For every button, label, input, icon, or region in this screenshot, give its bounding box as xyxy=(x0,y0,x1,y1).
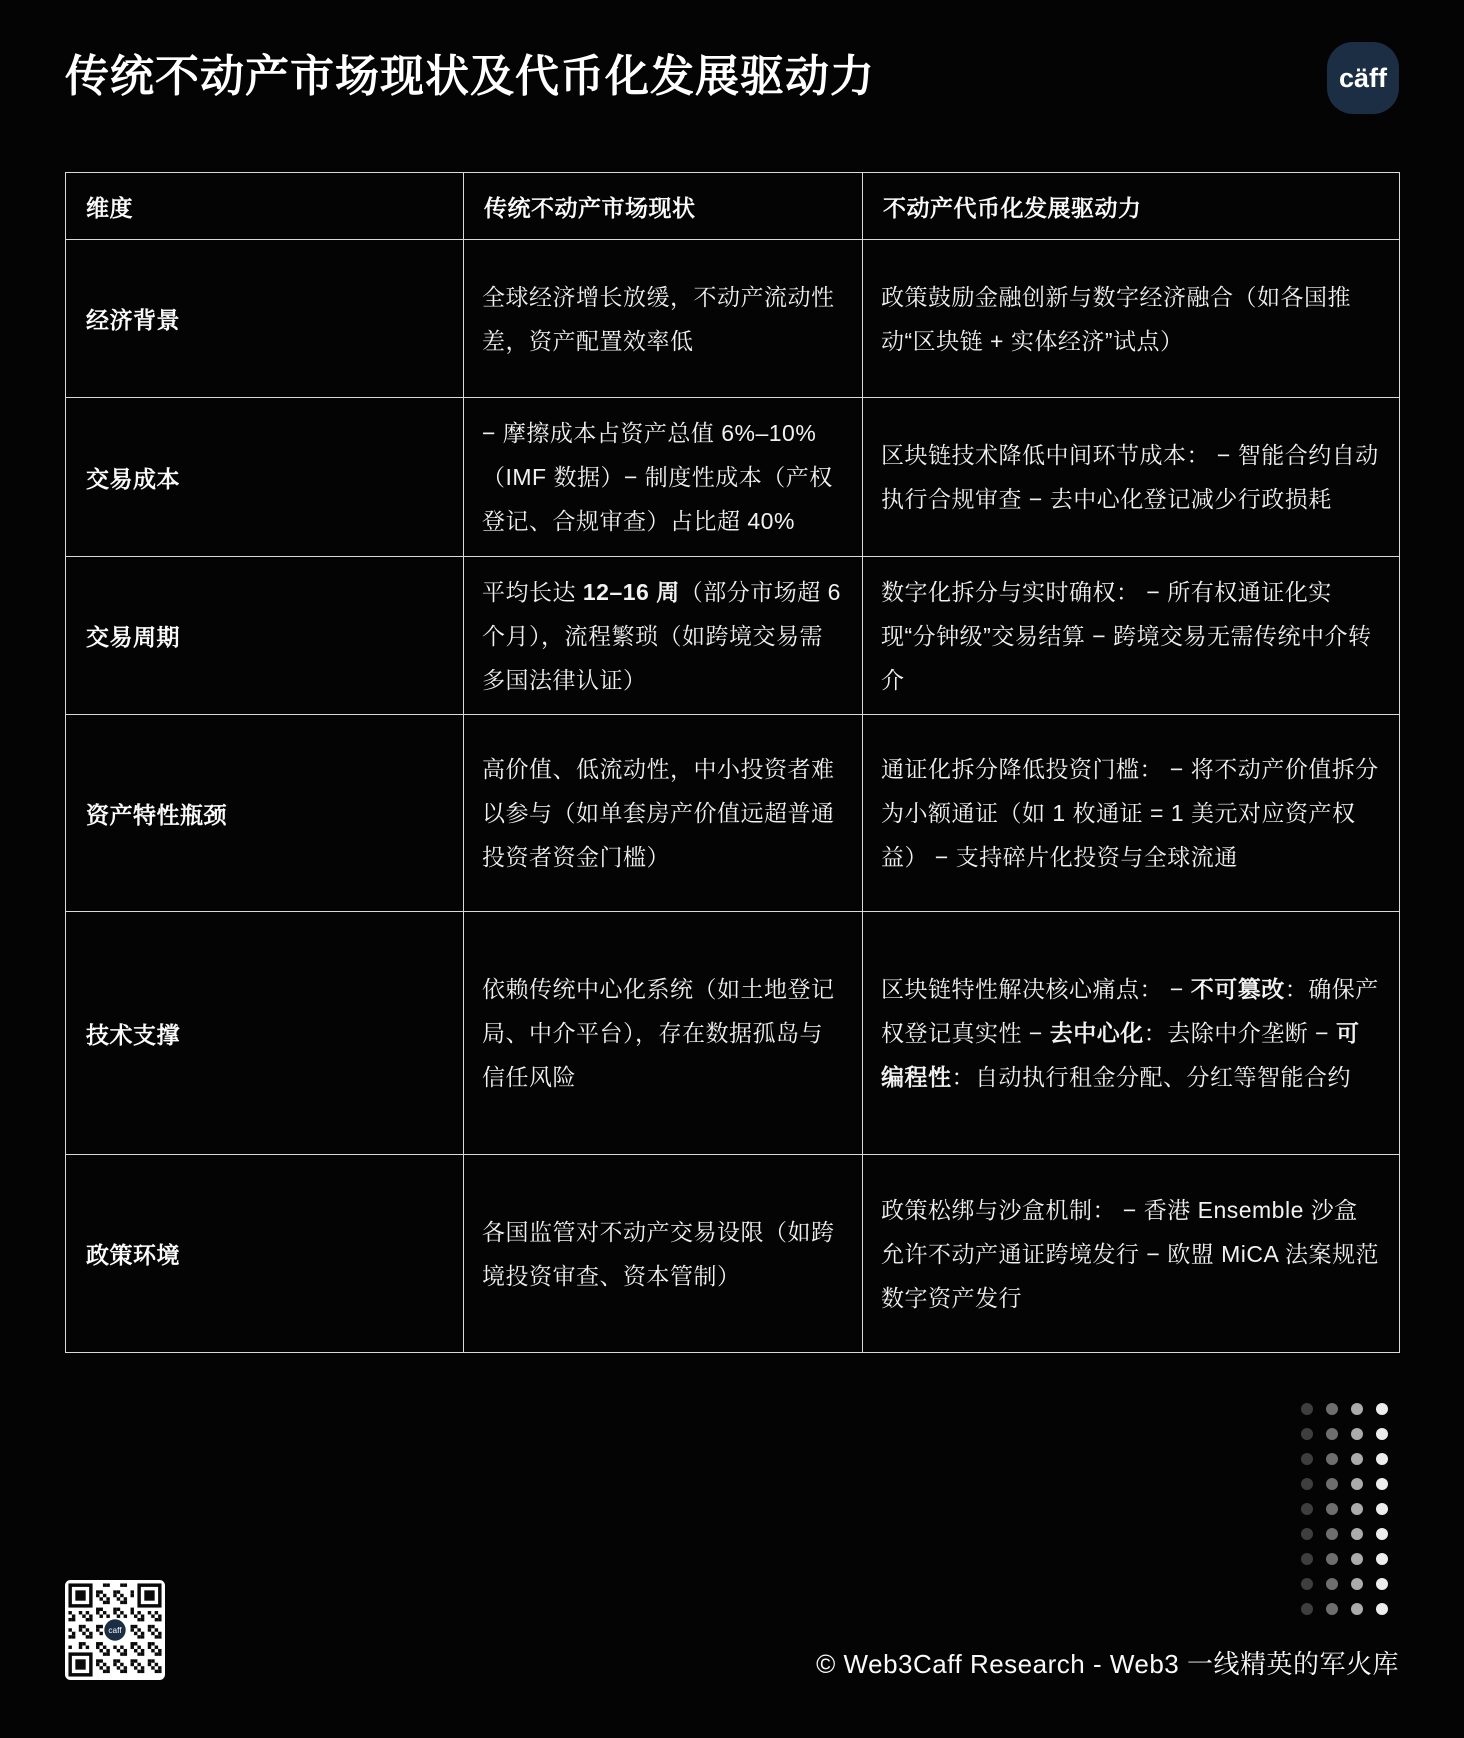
tokenization-driver-cell: 政策鼓励金融创新与数字经济融合（如各国推动“区块链 + 实体经济”试点） xyxy=(863,240,1400,398)
table-header-row: 维度 传统不动产市场现状 不动产代币化发展驱动力 xyxy=(66,173,1400,240)
dot xyxy=(1376,1403,1388,1415)
infographic-page: 传统不动产市场现状及代币化发展驱动力 cäff 维度 传统不动产市场现状 不动产… xyxy=(0,0,1464,1738)
dot xyxy=(1326,1503,1338,1515)
table-row: 政策环境各国监管对不动产交易设限（如跨境投资审查、资本管制）政策松绑与沙盒机制：… xyxy=(66,1155,1400,1353)
table-row: 交易周期平均长达 12–16 周（部分市场超 6 个月），流程繁琐（如跨境交易需… xyxy=(66,557,1400,715)
dot xyxy=(1376,1528,1388,1540)
tokenization-driver-cell: 通证化拆分降低投资门槛： − 将不动产价值拆分为小额通证（如 1 枚通证 = 1… xyxy=(863,715,1400,912)
tokenization-driver-cell: 政策松绑与沙盒机制： − 香港 Ensemble 沙盒允许不动产通证跨境发行 −… xyxy=(863,1155,1400,1353)
dot xyxy=(1351,1553,1363,1565)
traditional-market-cell: 各国监管对不动产交易设限（如跨境投资审查、资本管制） xyxy=(464,1155,863,1353)
row-dimension-label: 政策环境 xyxy=(66,1155,464,1353)
dot xyxy=(1326,1528,1338,1540)
dot xyxy=(1376,1453,1388,1465)
dot xyxy=(1351,1453,1363,1465)
table-row: 资产特性瓶颈高价值、低流动性，中小投资者难以参与（如单套房产价值远超普通投资者资… xyxy=(66,715,1400,912)
dot xyxy=(1351,1403,1363,1415)
table-row: 交易成本− 摩擦成本占资产总值 6%–10%（IMF 数据）− 制度性成本（产权… xyxy=(66,398,1400,557)
qr-code-image: caff xyxy=(65,1578,165,1682)
row-dimension-label: 技术支撑 xyxy=(66,912,464,1155)
traditional-market-cell: 高价值、低流动性，中小投资者难以参与（如单套房产价值远超普通投资者资金门槛） xyxy=(464,715,863,912)
dot xyxy=(1376,1603,1388,1615)
traditional-market-cell: − 摩擦成本占资产总值 6%–10%（IMF 数据）− 制度性成本（产权登记、合… xyxy=(464,398,863,557)
dot xyxy=(1326,1428,1338,1440)
page-title: 传统不动产市场现状及代币化发展驱动力 xyxy=(65,40,875,104)
caff-logo-icon: cäff xyxy=(1327,42,1399,114)
row-dimension-label: 交易周期 xyxy=(66,557,464,715)
tokenization-driver-cell: 数字化拆分与实时确权： − 所有权通证化实现“分钟级”交易结算 − 跨境交易无需… xyxy=(863,557,1400,715)
dot xyxy=(1351,1428,1363,1440)
traditional-market-cell: 全球经济增长放缓，不动产流动性差，资产配置效率低 xyxy=(464,240,863,398)
dot xyxy=(1301,1578,1313,1590)
comparison-table: 维度 传统不动产市场现状 不动产代币化发展驱动力 经济背景全球经济增长放缓，不动… xyxy=(65,172,1400,1353)
dot xyxy=(1301,1428,1313,1440)
dot xyxy=(1326,1403,1338,1415)
dot xyxy=(1351,1528,1363,1540)
dot xyxy=(1326,1478,1338,1490)
dot xyxy=(1301,1603,1313,1615)
dot xyxy=(1351,1478,1363,1490)
qr-center-logo-text: caff xyxy=(108,1626,122,1635)
dot xyxy=(1301,1528,1313,1540)
dot xyxy=(1326,1603,1338,1615)
dot xyxy=(1326,1578,1338,1590)
dot xyxy=(1376,1478,1388,1490)
table-row: 经济背景全球经济增长放缓，不动产流动性差，资产配置效率低政策鼓励金融创新与数字经… xyxy=(66,240,1400,398)
dot xyxy=(1301,1403,1313,1415)
page-header: 传统不动产市场现状及代币化发展驱动力 cäff xyxy=(0,0,1464,114)
traditional-market-cell: 依赖传统中心化系统（如土地登记局、中介平台），存在数据孤岛与信任风险 xyxy=(464,912,863,1155)
dot xyxy=(1301,1478,1313,1490)
dot xyxy=(1376,1428,1388,1440)
dot xyxy=(1376,1503,1388,1515)
dot xyxy=(1351,1578,1363,1590)
column-header-dimension: 维度 xyxy=(66,173,464,240)
row-dimension-label: 交易成本 xyxy=(66,398,464,557)
caff-logo-text: cäff xyxy=(1339,63,1387,94)
table-row: 技术支撑依赖传统中心化系统（如土地登记局、中介平台），存在数据孤岛与信任风险区块… xyxy=(66,912,1400,1155)
tokenization-driver-cell: 区块链技术降低中间环节成本： − 智能合约自动执行合规审查 − 去中心化登记减少… xyxy=(863,398,1400,557)
dot xyxy=(1301,1553,1313,1565)
dot xyxy=(1351,1603,1363,1615)
dot xyxy=(1326,1453,1338,1465)
copyright-text: © Web3Caff Research - Web3 一线精英的军火库 xyxy=(816,1644,1399,1681)
row-dimension-label: 经济背景 xyxy=(66,240,464,398)
dot xyxy=(1376,1553,1388,1565)
column-header-tokenized: 不动产代币化发展驱动力 xyxy=(863,173,1400,240)
row-dimension-label: 资产特性瓶颈 xyxy=(66,715,464,912)
column-header-traditional: 传统不动产市场现状 xyxy=(464,173,863,240)
tokenization-driver-cell: 区块链特性解决核心痛点： − 不可篡改：确保产权登记真实性 − 去中心化：去除中… xyxy=(863,912,1400,1155)
traditional-market-cell: 平均长达 12–16 周（部分市场超 6 个月），流程繁琐（如跨境交易需多国法律… xyxy=(464,557,863,715)
dots-decoration-icon xyxy=(1301,1403,1401,1618)
dot xyxy=(1376,1578,1388,1590)
table-body: 经济背景全球经济增长放缓，不动产流动性差，资产配置效率低政策鼓励金融创新与数字经… xyxy=(66,240,1400,1353)
dot xyxy=(1301,1503,1313,1515)
dot xyxy=(1326,1553,1338,1565)
dot xyxy=(1351,1503,1363,1515)
dot xyxy=(1301,1453,1313,1465)
